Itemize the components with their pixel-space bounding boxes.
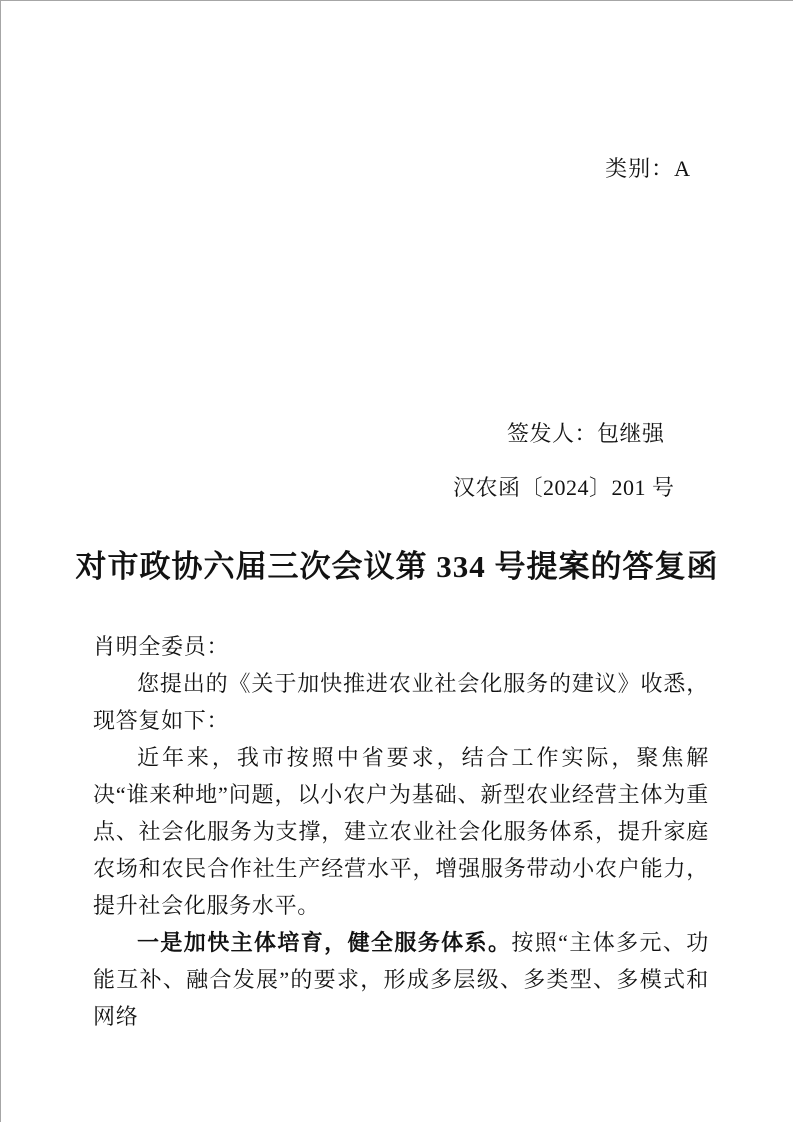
document-title: 对市政协六届三次会议第 334 号提案的答复函 [1, 541, 793, 586]
paragraph-3: 一是加快主体培育，健全服务体系。按照“主体多元、功能互补、融合发展”的要求，形成… [93, 924, 709, 1035]
document-page: 类别：A 签发人：包继强 汉农函〔2024〕201 号 对市政协六届三次会议第 … [0, 0, 793, 1122]
category-line: 类别：A [1, 152, 691, 183]
paragraph-3-bold-lead: 一是加快主体培育，健全服务体系。 [137, 930, 511, 955]
document-body: 肖明全委员： 您提出的《关于加快推进农业社会化服务的建议》收悉，现答复如下： 近… [93, 628, 709, 1035]
paragraph-1: 您提出的《关于加快推进农业社会化服务的建议》收悉，现答复如下： [93, 665, 709, 739]
salutation: 肖明全委员： [93, 628, 709, 665]
issuer-line: 签发人：包继强 [507, 417, 665, 448]
paragraph-2: 近年来，我市按照中省要求，结合工作实际，聚焦解决“谁来种地”问题，以小农户为基础… [93, 739, 709, 924]
doc-number: 汉农函〔2024〕201 号 [453, 471, 675, 502]
